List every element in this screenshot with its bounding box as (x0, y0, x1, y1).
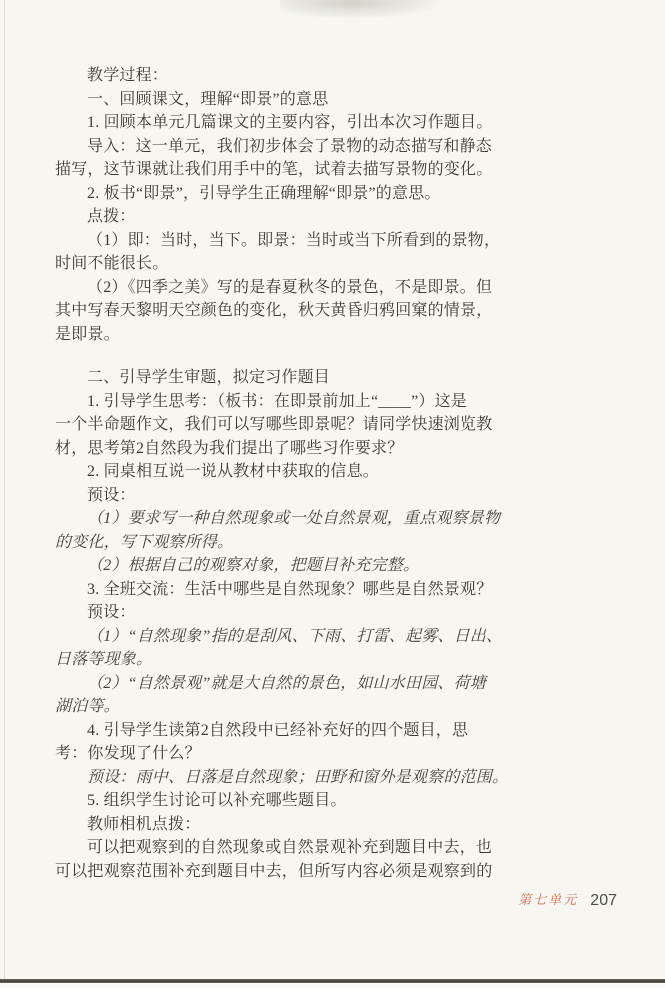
text-line: 2. 板书“即景”，引导学生正确理解“即景”的意思。 (55, 182, 451, 206)
page-bottom-margin (0, 983, 665, 988)
text-line: 湖泊等。 (55, 695, 451, 719)
book-page: 教学过程：一、回顾课文，理解“即景”的意思1. 回顾本单元几篇课文的主要内容，引… (0, 0, 665, 988)
text-line: 的变化，写下观察所得。 (55, 531, 451, 555)
text-line: （2）根据自己的观察对象，把题目补充完整。 (55, 554, 451, 578)
text-line: （1）要求写一种自然现象或一处自然景观，重点观察景物 (55, 507, 451, 531)
text-line: 4. 引导学生读第2自然段中已经补充好的四个题目，思 (55, 719, 451, 743)
text-line: （1）“自然现象”指的是刮风、下雨、打雷、起雾、日出、 (55, 625, 451, 649)
text-line: 3. 全班交流：生活中哪些是自然现象？哪些是自然景观？ (55, 578, 451, 602)
text-line: 2. 同桌相互说一说从教材中获取的信息。 (55, 460, 451, 484)
text-line: 点拨： (55, 205, 451, 229)
text-line: 预设： (55, 601, 451, 625)
text-line: 导入：这一单元，我们初步体会了景物的动态描写和静态 (55, 135, 451, 159)
text-line: 时间不能很长。 (55, 252, 451, 276)
text-line: 教学过程： (55, 64, 451, 88)
text-line: 1. 回顾本单元几篇课文的主要内容，引出本次习作题目。 (55, 111, 451, 135)
page-footer: 第七单元 207 (518, 889, 617, 910)
text-line: 考：你发现了什么？ (55, 742, 451, 766)
text-line: 一、回顾课文，理解“即景”的意思 (55, 88, 451, 112)
text-line: 是即景。 (55, 323, 451, 347)
text-line: 日落等现象。 (55, 648, 451, 672)
lesson-text-block: 教学过程：一、回顾课文，理解“即景”的意思1. 回顾本单元几篇课文的主要内容，引… (55, 64, 451, 883)
text-line: 可以把观察到的自然现象或自然景观补充到题目中去，也 (55, 836, 451, 860)
text-line: 一个半命题作文，我们可以写哪些即景呢？请同学快速浏览教 (55, 413, 451, 437)
text-line: 描写，这节课就让我们用手中的笔，试着去描写景物的变化。 (55, 158, 451, 182)
scan-smudge-artifact (280, 0, 440, 18)
text-line: （2）“自然景观”就是大自然的景色，如山水田园、荷塘 (55, 672, 451, 696)
unit-label: 第七单元 (518, 892, 578, 907)
text-line: （1）即：当时，当下。即景：当时或当下所看到的景物， (55, 229, 451, 253)
page-number: 207 (590, 892, 617, 909)
text-line: 预设： (55, 484, 451, 508)
text-line: 预设：雨中、日落是自然现象；田野和窗外是观察的范围。 (55, 766, 451, 790)
text-line: 教师相机点拨： (55, 813, 451, 837)
text-line: 材，思考第2自然段为我们提出了哪些习作要求？ (55, 437, 451, 461)
text-line: 可以把观察范围补充到题目中去，但所写内容必须是观察到的 (55, 860, 451, 884)
text-line: （2）《四季之美》写的是春夏秋冬的景色，不是即景。但 (55, 276, 451, 300)
paragraph-gap (55, 346, 451, 366)
text-line: 5. 组织学生讨论可以补充哪些题目。 (55, 789, 451, 813)
text-line: 其中写春天黎明天空颜色的变化，秋天黄昏归鸦回窠的情景， (55, 299, 451, 323)
page-left-edge (4, 0, 5, 982)
text-line: 1. 引导学生思考：（板书：在即景前加上“____”）这是 (55, 390, 451, 414)
text-line: 二、引导学生审题，拟定习作题目 (55, 366, 451, 390)
